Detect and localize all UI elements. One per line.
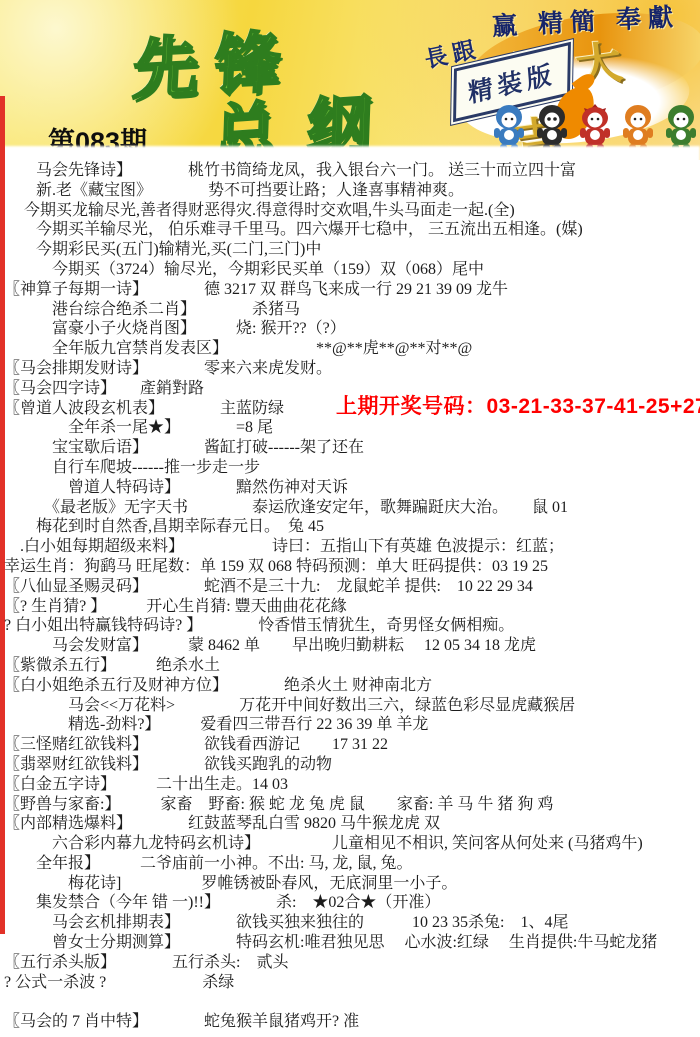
report-line: 今期买龙输尽光,善者得财恶得灾.得意得时交欢唱,牛头马面走一起.(全) xyxy=(4,201,698,221)
report-line: 〖八仙显圣赐灵码】 蛇酒不是三十九: 龙鼠蛇羊 提供: 10 22 29 34 xyxy=(4,577,698,597)
report-line: 幸运生肖：狗鹞马 旺尾数：单 159 双 068 特码预测：单大 旺码提供：03… xyxy=(4,557,698,577)
report-line: 今期买（3724）输尽光，今期彩民买单（159）双（068）尾中 xyxy=(4,260,698,280)
report-line: 宝宝歇后语】 酱缸打破------架了还在 xyxy=(4,438,698,458)
report-line: 马会玄机排期表】 欲钱买独来独往的 10 23 35杀兔: 1、4尾 xyxy=(4,913,698,933)
report-line: ? 白小姐出特赢钱特码诗? 】 怜香惜玉情犹生，奇男怪女俩相痴。 xyxy=(4,616,698,636)
report-line: 全年杀一尾★】 =8 尾 xyxy=(4,418,698,438)
fuwa-green-icon xyxy=(664,104,698,154)
report-line xyxy=(4,992,698,1012)
report-line: 今期彩民买(五门)输精光,买(二门,三门)中 xyxy=(4,240,698,260)
report-line: 全年报】 二爷庙前一小神。不出: 马, 龙, 鼠, 兔。 xyxy=(4,854,698,874)
tips-text-block: 马会先锋诗】 桃竹书筒绮龙凤，我入银台六一门。 送三十而立四十富 新.老《藏宝图… xyxy=(4,161,698,1032)
report-line: 曾女士分期测算】 特码玄机:唯君独见思 心水波:红绿 生肖提供:牛马蛇龙猪 xyxy=(4,933,698,953)
report-line: 〖神算子每期一诗】 德 3217 双 群鸟飞来成一行 29 21 39 09 龙… xyxy=(4,280,698,300)
header-banner: 年大吉 赢 精簡 奉獻 長跟 先锋 总纲 精装版 第083期 xyxy=(0,0,700,160)
tip-sheet-page: 年大吉 赢 精簡 奉獻 長跟 先锋 总纲 精装版 第083期 xyxy=(0,0,700,1037)
report-line: 《最老版》无字天书 泰运欣逢安定年，歌舞蹁跹庆大治。 鼠 01 xyxy=(4,498,698,518)
report-line: 马会发财富】 蒙 8462 单 早出晚归勤耕耘 12 05 34 18 龙虎 xyxy=(4,636,698,656)
report-line: 马会<<万花料> 万花开中间好数出三六，绿蓝色彩尽显虎藏猴居 xyxy=(4,696,698,716)
fuwa-orange-icon xyxy=(621,104,655,154)
last-draw-numbers: 上期开奖号码：03-21-33-37-41-25+27 xyxy=(336,390,700,420)
report-line: 〖紫微杀五行】 绝杀水土 xyxy=(4,656,698,676)
report-line: 〖? 生肖猜? 】 开心生肖猜: 豐天曲曲花花緣 xyxy=(4,597,698,617)
fuwa-red-icon xyxy=(578,104,612,154)
report-line: 梅花诗] 罗帷锈被卧春风，无底洞里一小子。 xyxy=(4,874,698,894)
report-line: 自行车爬坡------推一步走一步 xyxy=(4,458,698,478)
report-line: 马会先锋诗】 桃竹书筒绮龙凤，我入银台六一门。 送三十而立四十富 xyxy=(4,161,698,181)
report-line: 〖马会排期发财诗】 零来六来虎发财。 xyxy=(4,359,698,379)
report-line: 港台综合绝杀二肖】 杀猪马 xyxy=(4,300,698,320)
report-line: 〖野兽与家畜:】 家畜 野畜: 猴 蛇 龙 兔 虎 鼠 家畜: 羊 马 牛 猪 … xyxy=(4,795,698,815)
report-line: 〖白金五字诗】 二十出生走。14 03 xyxy=(4,775,698,795)
report-line: 富豪小子火烧肖图】 烧: 猴开??（?） xyxy=(4,319,698,339)
report-line: 曾道人特码诗】 黯然伤神对天诉 xyxy=(4,478,698,498)
report-line: 全年版九宫禁肖发表区】 **@**虎**@**对**@ xyxy=(4,339,698,359)
mascot-row xyxy=(492,104,698,154)
report-line: 精选-劲料?】 爱看四三带吾行 22 36 39 单 羊龙 xyxy=(4,715,698,735)
report-line: 〖翡翠财红欲钱料】 欲钱买跑乳的动物 xyxy=(4,755,698,775)
report-line: 六合彩内幕九龙特码玄机诗】 儿童相见不相识, 笑问客从何处来 (马猪鸡牛) xyxy=(4,834,698,854)
report-line: .白小姐每期超级来料】 诗曰：五指山下有英雄 色波提示：红蓝； xyxy=(4,537,698,557)
report-line: 〖马会的 7 肖中特】 蛇兔猴羊鼠猪鸡开? 准 xyxy=(4,1012,698,1032)
report-line: 集发禁合（今年 错 一)!!】 杀: ★02合★（开准） xyxy=(4,893,698,913)
report-line: 〖白小姐绝杀五行及财神方位】 绝杀火土 财神南北方 xyxy=(4,676,698,696)
issue-number: 第083期 xyxy=(48,120,147,159)
fuwa-panda-icon xyxy=(535,104,569,154)
fuwa-blue-icon xyxy=(492,104,526,154)
report-line: 〖内部精选爆料】 红鼓蓝琴乱白雪 9820 马牛猴龙虎 双 xyxy=(4,814,698,834)
report-line: 梅花到时自然香,昌期幸际春元日。 兔 45 xyxy=(4,517,698,537)
report-line: 〖三怪赌红欲钱料】 欲钱看西游记 17 31 22 xyxy=(4,735,698,755)
report-line: ? 公式一杀波 ? 杀绿 xyxy=(4,973,698,993)
report-line: 今期买羊输尽光， 伯乐难寻千里马。四六爆开七稳中， 三五流出五相逢。(媒) xyxy=(4,220,698,240)
report-line: 新.老《藏宝图》 势不可挡要让路；人逢喜事精神爽。 xyxy=(4,181,698,201)
report-line: 〖五行杀头版】 五行杀头: 贰头 xyxy=(4,953,698,973)
